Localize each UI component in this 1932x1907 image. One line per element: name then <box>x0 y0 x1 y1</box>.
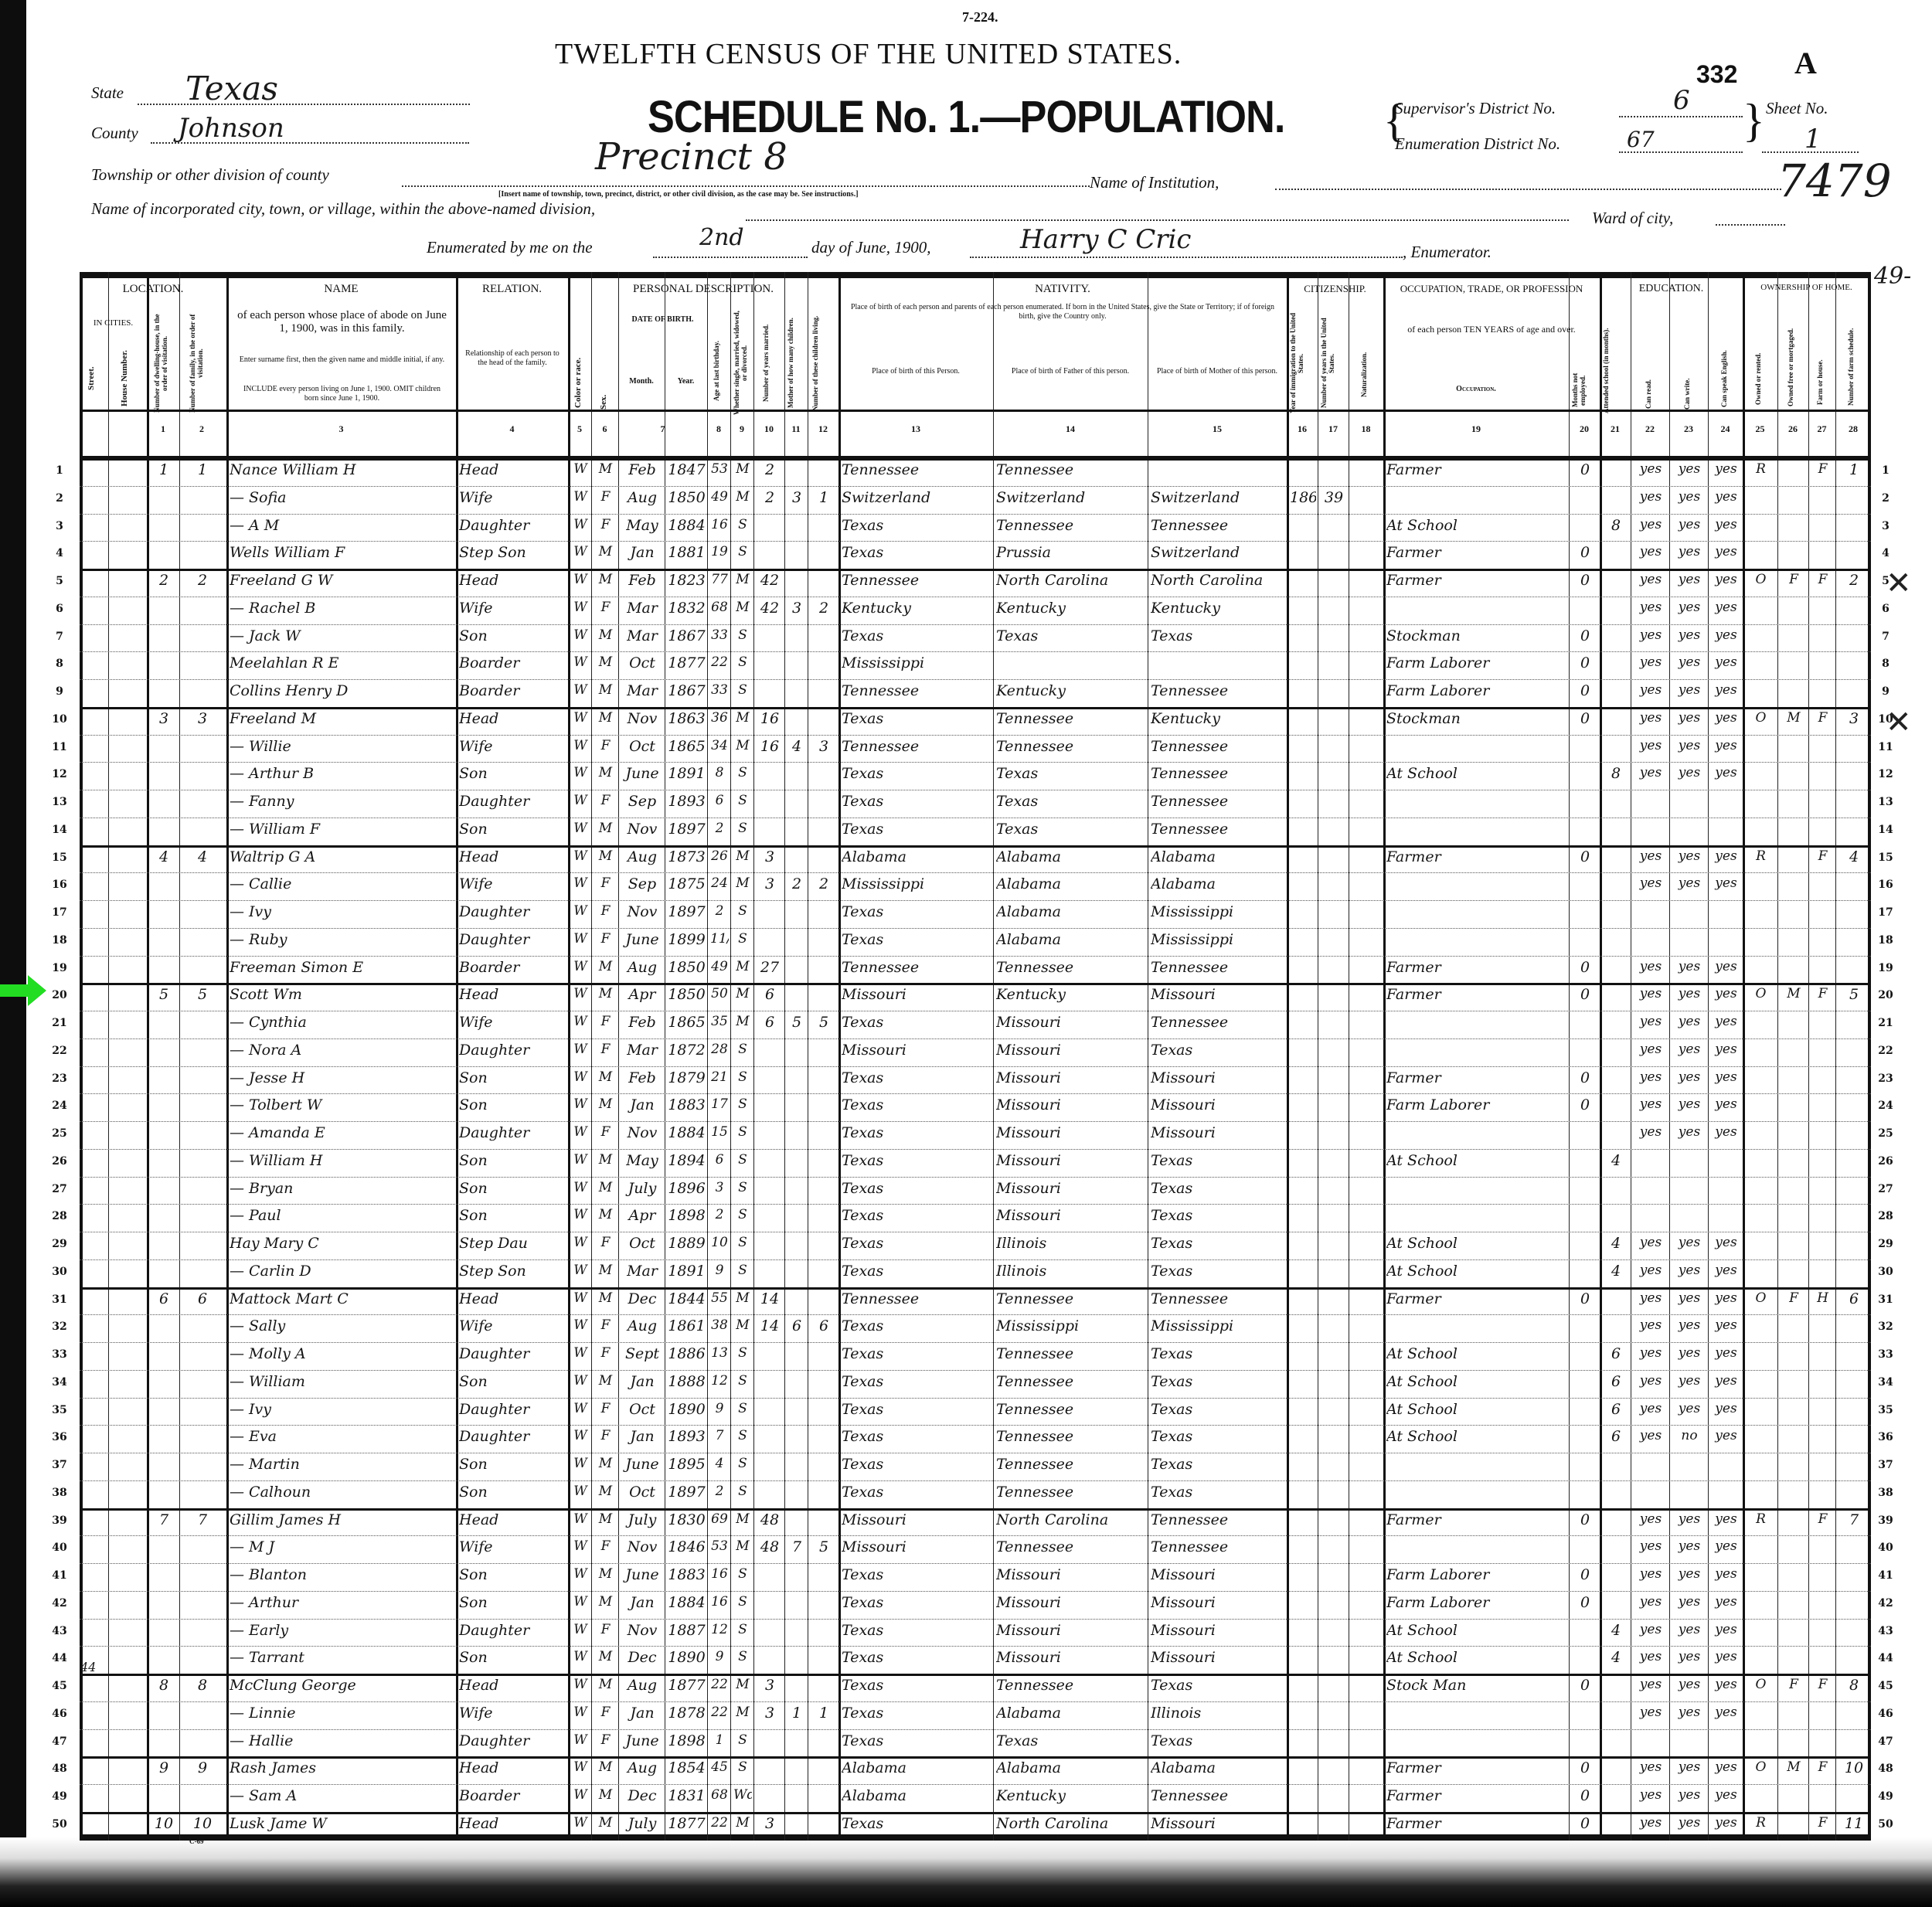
table-row[interactable]: — William FSonWMNov18972STexasTexasTenne… <box>80 818 1871 845</box>
cell-month: Sept <box>621 1345 663 1368</box>
header-children-living: Number of these children living. <box>811 309 835 417</box>
cell-imm <box>1290 1594 1316 1617</box>
cell-nat <box>1352 765 1382 788</box>
cell-year: 1883 <box>668 1566 706 1589</box>
cell-sch <box>1603 1787 1629 1810</box>
cell-mar: S <box>733 1622 752 1645</box>
cell-en <box>1711 1207 1741 1230</box>
table-row[interactable]: — TarrantSonWMDec18909STexasMissouriMiss… <box>80 1646 1871 1674</box>
table-row[interactable]: 44Waltrip G AHeadWMAug187326M3AlabamaAla… <box>80 845 1871 873</box>
cell-mu <box>1572 1456 1598 1479</box>
cell-year: 1875 <box>668 875 706 899</box>
table-row[interactable]: 22Freeland G WHeadWMFeb182377M42Tennesse… <box>80 569 1871 597</box>
cell-fh <box>1811 1401 1834 1424</box>
cell-cl <box>811 1042 837 1065</box>
cell-sch <box>1603 1677 1629 1700</box>
column-number: 1 <box>147 423 179 435</box>
cell-yus <box>1321 903 1347 926</box>
table-row[interactable]: Wells William FStep SonWMJan188119STexas… <box>80 541 1871 569</box>
cell-rel: Son <box>459 1484 566 1507</box>
cell-fs: 3 <box>1838 710 1869 733</box>
cell-year: 1884 <box>668 1594 706 1617</box>
cell-wr: yes <box>1672 1124 1706 1147</box>
cell-pob: Texas <box>842 1566 992 1589</box>
cell-wr: yes <box>1672 848 1706 872</box>
cell-rel: Son <box>459 1566 566 1589</box>
cell-color: W <box>571 1566 590 1589</box>
cell-mu: 0 <box>1572 627 1598 651</box>
table-row[interactable]: — Jack WSonWMMar186733STexasTexasTexasSt… <box>80 624 1871 652</box>
cell-ym <box>757 1042 783 1065</box>
table-row[interactable]: — PaulSonWMApr18982STexasMissouriTexas <box>80 1204 1871 1232</box>
header-ownership: OWNERSHIP OF HOME. <box>1743 283 1870 292</box>
table-row[interactable]: — WilliamSonWMJan188812STexasTennesseeTe… <box>80 1370 1871 1398</box>
table-row[interactable]: — CalhounSonWMOct18972STexasTennesseeTex… <box>80 1480 1871 1508</box>
cell-rel: Wife <box>459 1014 566 1037</box>
cell-fpob: Texas <box>996 627 1146 651</box>
table-row[interactable]: — Rachel BWifeWFMar183268M4232KentuckyKe… <box>80 597 1871 624</box>
cell-dw <box>150 1538 178 1562</box>
cell-sex: M <box>594 1290 617 1314</box>
table-row[interactable]: — LinnieWifeWFJan187822M311TexasAlabamaI… <box>80 1701 1871 1729</box>
cell-name: — Early <box>230 1622 454 1645</box>
cell-rel: Son <box>459 1096 566 1120</box>
table-row[interactable]: — ArthurSonWMJan188416STexasMissouriMiss… <box>80 1591 1871 1619</box>
cell-fh <box>1811 1649 1834 1672</box>
cell-mu <box>1572 931 1598 954</box>
table-row[interactable]: — Arthur BSonWMJune18918STexasTexasTenne… <box>80 762 1871 790</box>
table-row[interactable]: — William HSonWMMay18946STexasMissouriTe… <box>80 1149 1871 1177</box>
cell-rel: Daughter <box>459 1345 566 1368</box>
cell-mu <box>1572 765 1598 788</box>
cell-sex: M <box>594 710 617 733</box>
table-row[interactable]: 77Gillim James HHeadWMJuly183069M48Misso… <box>80 1508 1871 1536</box>
cell-fs <box>1838 517 1869 540</box>
cell-pob: Texas <box>842 1152 992 1175</box>
cell-fs <box>1838 738 1869 761</box>
table-row[interactable]: — HallieDaughterWFJune18981STexasTexasTe… <box>80 1729 1871 1757</box>
row-number-left: 21 <box>48 1017 71 1029</box>
row-number-right: 42 <box>1874 1597 1897 1610</box>
cell-yus <box>1321 1124 1347 1147</box>
cell-rd: yes <box>1634 1401 1668 1424</box>
cell-mar: M <box>733 875 752 899</box>
cell-fm <box>1781 1484 1807 1507</box>
cell-moc <box>787 1124 806 1147</box>
cell-cl: 3 <box>811 738 837 761</box>
table-row[interactable]: — SallyWifeWFAug186138M1466TexasMississi… <box>80 1314 1871 1342</box>
cell-imm <box>1290 793 1316 816</box>
cell-fam <box>182 627 223 651</box>
cell-year: 1899 <box>668 931 706 954</box>
cell-yus <box>1321 848 1347 872</box>
cell-month: Nov <box>621 710 663 733</box>
cell-name: Waltrip G A <box>230 848 454 872</box>
cell-mar: S <box>733 1594 752 1617</box>
cell-yus <box>1321 1069 1347 1093</box>
cell-rel: Daughter <box>459 1428 566 1451</box>
cell-fh <box>1811 1124 1834 1147</box>
table-row[interactable]: — Molly ADaughterWFSept188613STexasTenne… <box>80 1342 1871 1370</box>
cell-occ <box>1386 1124 1567 1147</box>
cell-occ: Farm Laborer <box>1386 654 1567 678</box>
cell-rd: yes <box>1634 1649 1668 1672</box>
cell-rel: Son <box>459 1207 566 1230</box>
cell-color: W <box>571 986 590 1009</box>
cell-name: Lusk Jame W <box>230 1815 454 1838</box>
cell-fpob: Tennessee <box>996 1538 1146 1562</box>
cell-fh <box>1811 931 1834 954</box>
cell-mar: M <box>733 710 752 733</box>
table-row[interactable]: — CallieWifeWFSep187524M322MississippiAl… <box>80 872 1871 900</box>
cell-age: 9 <box>710 1263 729 1286</box>
cell-or <box>1746 959 1776 982</box>
cell-cl <box>811 1345 837 1368</box>
row-number-right: 17 <box>1874 906 1897 919</box>
table-row[interactable]: — BlantonSonWMJune188316STexasMissouriMi… <box>80 1563 1871 1591</box>
cell-yus <box>1321 572 1347 595</box>
cell-fs <box>1838 1401 1869 1424</box>
cell-fpob: Tennessee <box>996 461 1146 484</box>
state-value: Texas <box>185 70 278 107</box>
cell-ym: 6 <box>757 986 783 1009</box>
state-label: State <box>91 83 124 103</box>
cell-sch <box>1603 461 1629 484</box>
table-row[interactable]: — EarlyDaughterWFNov188712STexasMissouri… <box>80 1619 1871 1647</box>
table-row[interactable]: — IvyDaughterWFOct18909STexasTennesseeTe… <box>80 1398 1871 1426</box>
cell-nat <box>1352 1235 1382 1258</box>
header-relation-desc: Relationship of each person to the head … <box>462 349 563 367</box>
row-number-left: 40 <box>48 1542 71 1554</box>
table-row[interactable]: 99Rash JamesHeadWMAug185445SAlabamaAlaba… <box>80 1756 1871 1784</box>
cell-mpob: Tennessee <box>1151 682 1285 705</box>
cell-occ: Farm Laborer <box>1386 1566 1567 1589</box>
table-row[interactable]: — EvaDaughterWFJan18937STexasTennesseeTe… <box>80 1425 1871 1453</box>
cell-pob: Texas <box>842 1484 992 1507</box>
cell-nat <box>1352 1263 1382 1286</box>
cell-rd: yes <box>1634 1594 1668 1617</box>
cell-en: yes <box>1711 1566 1741 1589</box>
table-row[interactable]: — Jesse HSonWMFeb187921STexasMissouriMis… <box>80 1066 1871 1094</box>
cell-fam <box>182 793 223 816</box>
row-number-right: 36 <box>1874 1431 1897 1443</box>
cell-name: Rash James <box>230 1759 454 1783</box>
cell-fm <box>1781 1124 1807 1147</box>
cell-or <box>1746 654 1776 678</box>
cell-ym <box>757 1732 783 1756</box>
header-name-instr1: Enter surname first, then the given name… <box>236 355 448 365</box>
row-number-left: 7 <box>48 631 71 643</box>
cell-fam <box>182 1566 223 1589</box>
row-number-left: 6 <box>48 603 71 615</box>
row-number-left: 2 <box>48 492 71 505</box>
cell-or <box>1746 544 1776 567</box>
cell-moc <box>787 1042 806 1065</box>
cell-ym <box>757 1594 783 1617</box>
cell-fs <box>1838 1317 1869 1341</box>
table-row[interactable]: — Nora ADaughterWFMar187228SMissouriMiss… <box>80 1038 1871 1066</box>
cell-fpob: Tennessee <box>996 1401 1146 1424</box>
table-row[interactable]: — SofiaWifeWFAug185049M231SwitzerlandSwi… <box>80 486 1871 514</box>
cell-sex: M <box>594 1096 617 1120</box>
cell-year: 1877 <box>668 1815 706 1838</box>
cell-age: 45 <box>710 1759 729 1783</box>
cell-color: W <box>571 1484 590 1507</box>
cell-mu: 0 <box>1572 1759 1598 1783</box>
column-number: 23 <box>1669 423 1708 435</box>
cell-year: 1888 <box>668 1373 706 1396</box>
cell-rel: Head <box>459 572 566 595</box>
cell-fm <box>1781 1096 1807 1120</box>
table-row[interactable]: — A MDaughterWFMay188416STexasTennesseeT… <box>80 514 1871 542</box>
cell-imm <box>1290 1511 1316 1535</box>
cell-fpob: Illinois <box>996 1235 1146 1258</box>
table-row[interactable]: — Tolbert WSonWMJan188317STexasMissouriM… <box>80 1093 1871 1121</box>
cell-color: W <box>571 600 590 623</box>
row-number-left: 42 <box>48 1597 71 1610</box>
cell-rd: yes <box>1634 489 1668 512</box>
table-row[interactable]: — BryanSonWMJuly18963STexasMissouriTexas <box>80 1177 1871 1205</box>
cell-month: Aug <box>621 1759 663 1783</box>
cell-yus <box>1321 600 1347 623</box>
cell-cl: 2 <box>811 600 837 623</box>
cell-fh <box>1811 1373 1834 1396</box>
cell-sex: M <box>594 1456 617 1479</box>
table-row[interactable]: 88McClung GeorgeHeadWMAug187722M3TexasTe… <box>80 1674 1871 1701</box>
cell-pob: Texas <box>842 1428 992 1451</box>
cell-en: yes <box>1711 544 1741 567</box>
cell-sex: F <box>594 489 617 512</box>
cell-en: yes <box>1711 1401 1741 1424</box>
cell-en <box>1711 793 1741 816</box>
cell-fm <box>1781 848 1807 872</box>
table-row[interactable]: — IvyDaughterWFNov18972STexasAlabamaMiss… <box>80 900 1871 928</box>
row-number-right: 12 <box>1874 768 1897 780</box>
cell-fs <box>1838 1649 1869 1672</box>
cell-year: 1887 <box>668 1622 706 1645</box>
row-number-right: 44 <box>1874 1652 1897 1664</box>
cell-sex: M <box>594 1152 617 1175</box>
cell-fs <box>1838 1207 1869 1230</box>
cell-sch <box>1603 931 1629 954</box>
cell-rel: Head <box>459 848 566 872</box>
cell-pob: Texas <box>842 903 992 926</box>
table-row[interactable]: Meelahlan R EBoarderWMOct187722SMississi… <box>80 651 1871 679</box>
cell-nat <box>1352 1042 1382 1065</box>
cell-dw <box>150 1317 178 1341</box>
cell-en: yes <box>1711 1263 1741 1286</box>
cell-dw <box>150 875 178 899</box>
cell-fh <box>1811 1014 1834 1037</box>
cell-color: W <box>571 848 590 872</box>
cell-en <box>1711 1180 1741 1203</box>
cell-mpob <box>1151 461 1285 484</box>
cell-rel: Wife <box>459 738 566 761</box>
cell-fam: 9 <box>182 1759 223 1783</box>
cell-wr: yes <box>1672 1594 1706 1617</box>
cell-nat <box>1352 738 1382 761</box>
table-row[interactable]: Freeman Simon EBoarderWMAug185049M27Tenn… <box>80 956 1871 984</box>
cell-mar: M <box>733 461 752 484</box>
cell-mar: S <box>733 821 752 844</box>
table-row[interactable]: 55Scott WmHeadWMApr185050M6MissouriKentu… <box>80 983 1871 1011</box>
cell-sch <box>1603 1594 1629 1617</box>
cell-mu: 0 <box>1572 986 1598 1009</box>
cell-fam <box>182 931 223 954</box>
district-brace-right: } <box>1743 97 1765 144</box>
cell-mar: S <box>733 1180 752 1203</box>
cell-nat <box>1352 517 1382 540</box>
cell-month: Nov <box>621 1124 663 1147</box>
cell-age: 22 <box>710 1705 729 1728</box>
table-row[interactable]: — CynthiaWifeWFFeb186535M655TexasMissour… <box>80 1011 1871 1038</box>
cell-fpob: Texas <box>996 793 1146 816</box>
row-number-right: 6 <box>1874 603 1897 615</box>
cell-pob: Mississippi <box>842 875 992 899</box>
row-number-left: 31 <box>48 1293 71 1306</box>
cell-month: Aug <box>621 1677 663 1700</box>
table-row[interactable]: — Sam ABoarderWMDec183168WdAlabamaKentuc… <box>80 1784 1871 1812</box>
table-row[interactable]: 11Nance William HHeadWMFeb184753M2Tennes… <box>80 458 1871 486</box>
cell-month: Jan <box>621 1428 663 1451</box>
row-number-left: 1 <box>48 464 71 477</box>
column-number: 6 <box>591 423 618 435</box>
cell-or <box>1746 1207 1776 1230</box>
table-row[interactable]: Hay Mary CStep DauWFOct188910STexasIllin… <box>80 1232 1871 1259</box>
cell-yus <box>1321 1649 1347 1672</box>
cell-age: 16 <box>710 517 729 540</box>
table-row[interactable]: — FannyDaughterWFSep18936STexasTexasTenn… <box>80 790 1871 818</box>
cell-color: W <box>571 1815 590 1838</box>
table-row[interactable]: 1010Lusk Jame WHeadWMJuly187722M3TexasNo… <box>80 1812 1871 1840</box>
cell-name: — Hallie <box>230 1732 454 1756</box>
cell-mpob: Missouri <box>1151 1594 1285 1617</box>
cell-moc <box>787 986 806 1009</box>
cell-cl <box>811 1511 837 1535</box>
cell-dw <box>150 1732 178 1756</box>
cell-moc <box>787 1345 806 1368</box>
cell-mar: M <box>733 986 752 1009</box>
cell-or <box>1746 1787 1776 1810</box>
cell-cl <box>811 821 837 844</box>
cell-dw <box>150 738 178 761</box>
cell-wr: yes <box>1672 1042 1706 1065</box>
cell-dw <box>150 1456 178 1479</box>
cell-mu <box>1572 875 1598 899</box>
cell-cl <box>811 1649 837 1672</box>
cell-sex: M <box>594 986 617 1009</box>
cell-age: 68 <box>710 600 729 623</box>
cell-occ: Farm Laborer <box>1386 682 1567 705</box>
cell-color: W <box>571 1401 590 1424</box>
cell-moc <box>787 572 806 595</box>
cell-wr: yes <box>1672 1263 1706 1286</box>
cell-fam <box>182 1622 223 1645</box>
header-pob-person: Place of birth of this Person. <box>842 367 989 376</box>
row-number-left: 44 <box>48 1652 71 1664</box>
cell-fam <box>182 1152 223 1175</box>
table-row[interactable]: — WillieWifeWFOct186534M1643TennesseeTen… <box>80 735 1871 763</box>
cell-occ: Farmer <box>1386 1290 1567 1314</box>
cell-wr: yes <box>1672 710 1706 733</box>
cell-sch <box>1603 1317 1629 1341</box>
cell-fam <box>182 1787 223 1810</box>
table-row[interactable]: — M JWifeWFNov184653M4875MissouriTenness… <box>80 1535 1871 1563</box>
cell-ym: 42 <box>757 600 783 623</box>
cell-mpob: Texas <box>1151 1484 1285 1507</box>
township-value: Precinct 8 <box>595 135 787 178</box>
cell-rel: Boarder <box>459 682 566 705</box>
row-number-left: 17 <box>48 906 71 919</box>
header-family-number: Number of family, in the order of visita… <box>189 309 212 417</box>
cell-occ <box>1386 793 1567 816</box>
cell-fh <box>1811 821 1834 844</box>
cell-name: — Blanton <box>230 1566 454 1589</box>
row-number-right: 48 <box>1874 1763 1897 1775</box>
column-number: 10 <box>753 423 784 435</box>
cell-rd <box>1634 1207 1668 1230</box>
cell-mar: S <box>733 765 752 788</box>
cell-mpob: Tennessee <box>1151 1014 1285 1037</box>
cell-name: — Ivy <box>230 1401 454 1424</box>
cell-wr <box>1672 931 1706 954</box>
cell-rel: Daughter <box>459 1124 566 1147</box>
table-row[interactable]: 33Freeland MHeadWMNov186336M16TexasTenne… <box>80 707 1871 735</box>
row-number-left: 11 <box>48 741 71 753</box>
cell-fh <box>1811 1705 1834 1728</box>
cell-occ: At School <box>1386 1649 1567 1672</box>
table-row[interactable]: — Amanda EDaughterWFNov188415STexasMisso… <box>80 1121 1871 1149</box>
cell-rel: Wife <box>459 1317 566 1341</box>
cell-age: 11/12 <box>710 931 729 954</box>
cell-or <box>1746 875 1776 899</box>
cell-sch <box>1603 600 1629 623</box>
cell-nat <box>1352 793 1382 816</box>
cell-nat <box>1352 489 1382 512</box>
cell-name: Freeland G W <box>230 572 454 595</box>
cell-imm <box>1290 1042 1316 1065</box>
cell-fam <box>182 1484 223 1507</box>
table-row[interactable]: — RubyDaughterWFJune189911/12STexasAlaba… <box>80 928 1871 956</box>
header-color: Color or race. <box>573 348 583 417</box>
table-row[interactable]: — Carlin DStep SonWMMar18919STexasIllino… <box>80 1259 1871 1287</box>
cell-mar: S <box>733 1484 752 1507</box>
cell-or <box>1746 627 1776 651</box>
cell-fh: F <box>1811 710 1834 733</box>
page-stamp: 332 <box>1696 60 1737 89</box>
table-row[interactable]: 66Mattock Mart CHeadWMDec184455M14Tennes… <box>80 1287 1871 1315</box>
cell-wr: yes <box>1672 544 1706 567</box>
cell-fm <box>1781 903 1807 926</box>
cell-moc <box>787 1373 806 1396</box>
cell-fs <box>1838 793 1869 816</box>
cell-fs <box>1838 959 1869 982</box>
cell-nat <box>1352 1677 1382 1700</box>
table-row[interactable]: — MartinSonWMJune18954STexasTennesseeTex… <box>80 1453 1871 1480</box>
cell-mar: S <box>733 1732 752 1756</box>
cell-imm <box>1290 1622 1316 1645</box>
cell-nat <box>1352 1484 1382 1507</box>
cell-age: 2 <box>710 1484 729 1507</box>
cell-dw: 10 <box>150 1815 178 1838</box>
cell-mpob: Missouri <box>1151 1124 1285 1147</box>
table-row[interactable]: Collins Henry DBoarderWMMar186733STennes… <box>80 679 1871 707</box>
cell-month: May <box>621 1152 663 1175</box>
cell-en: yes <box>1711 1705 1741 1728</box>
cell-pob: Texas <box>842 1317 992 1341</box>
cell-age: 49 <box>710 489 729 512</box>
cell-sch: 4 <box>1603 1649 1629 1672</box>
